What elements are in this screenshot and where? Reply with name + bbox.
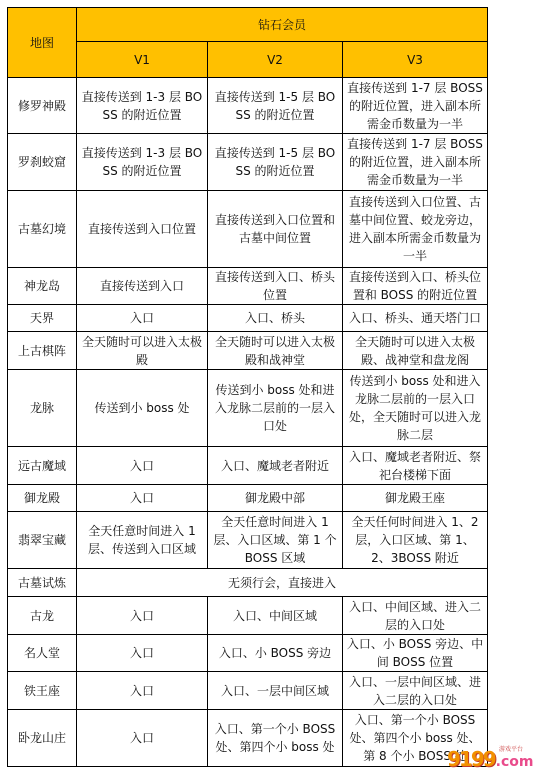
map-name: 上古棋阵 [8, 332, 77, 370]
cell-v3: 入口、小 BOSS 旁边、中间 BOSS 位置 [343, 635, 488, 672]
map-name: 罗刹蛟窟 [8, 134, 77, 191]
cell-v3: 直接传送到 1-7 层 BOSS 的附近位置，进入副本所需金币数量为一半 [343, 78, 488, 134]
cell-v3: 全天任何时间进入 1、2 层，入口区域、第 1、2、3BOSS 附近 [343, 512, 488, 569]
cell-v2: 入口、中间区域 [208, 597, 343, 635]
map-name: 御龙殿 [8, 485, 77, 512]
cell-v1: 全天随时可以进入太极殿 [77, 332, 208, 370]
table-row: 上古棋阵 全天随时可以进入太极殿 全天随时可以进入太极殿和战神堂 全天随时可以进… [8, 332, 488, 370]
header-map: 地图 [8, 8, 77, 78]
table-row: 翡翠宝藏 全天任意时间进入 1 层、传送到入口区域 全天任意时间进入 1 层、入… [8, 512, 488, 569]
cell-v2: 传送到小 boss 处和进入龙脉二层前的一层入口处 [208, 370, 343, 447]
table-row: 铁王座 入口 入口、一层中间区域 入口、一层中间区域、进入二层的入口处 [8, 672, 488, 710]
table-row: 御龙殿 入口 御龙殿中部 御龙殿王座 [8, 485, 488, 512]
table-row: 古墓试炼 无须行会，直接进入 [8, 569, 488, 597]
cell-v3: 直接传送到 1-7 层 BOSS 的附近位置，进入副本所需金币数量为一半 [343, 134, 488, 191]
map-name: 远古魔域 [8, 447, 77, 485]
cell-v1: 全天任意时间进入 1 层、传送到入口区域 [77, 512, 208, 569]
cell-v1: 入口 [77, 305, 208, 332]
table-row: 卧龙山庄 入口 入口、第一个小 BOSS 处、第四个小 boss 处 入口、第一… [8, 710, 488, 767]
cell-v2: 入口、魔域老者附近 [208, 447, 343, 485]
table-row: 天界 入口 入口、桥头 入口、桥头、通天塔门口 [8, 305, 488, 332]
table-row: 修罗神殿 直接传送到 1-3 层 BOSS 的附近位置 直接传送到 1-5 层 … [8, 78, 488, 134]
cell-v3: 传送到小 boss 处和进入龙脉二层前的一层入口处，全天随时可以进入龙脉二层 [343, 370, 488, 447]
table-row: 龙脉 传送到小 boss 处 传送到小 boss 处和进入龙脉二层前的一层入口处… [8, 370, 488, 447]
table-row: 神龙岛 直接传送到入口 直接传送到入口、桥头位置 直接传送到入口、桥头位置和 B… [8, 268, 488, 305]
cell-v1: 入口 [77, 447, 208, 485]
cell-merged: 无须行会，直接进入 [77, 569, 488, 597]
cell-v3: 入口、魔域老者附近、祭祀台楼梯下面 [343, 447, 488, 485]
cell-v1: 直接传送到 1-3 层 BOSS 的附近位置 [77, 78, 208, 134]
map-name: 卧龙山庄 [8, 710, 77, 767]
table-row: 罗刹蛟窟 直接传送到 1-3 层 BOSS 的附近位置 直接传送到 1-5 层 … [8, 134, 488, 191]
map-name: 铁王座 [8, 672, 77, 710]
cell-v3: 全天随时可以进入太极殿、战神堂和盘龙阁 [343, 332, 488, 370]
cell-v2: 御龙殿中部 [208, 485, 343, 512]
table-row: 古龙 入口 入口、中间区域 入口、中间区域、进入二层的入口处 [8, 597, 488, 635]
header-v1: V1 [77, 42, 208, 78]
header-v2: V2 [208, 42, 343, 78]
map-name: 修罗神殿 [8, 78, 77, 134]
cell-v3: 直接传送到入口位置、古墓中间位置、蛟龙旁边，进入副本所需金币数量为一半 [343, 191, 488, 268]
cell-v3: 入口、桥头、通天塔门口 [343, 305, 488, 332]
table-row: 古墓幻境 直接传送到入口位置 直接传送到入口位置和古墓中间位置 直接传送到入口位… [8, 191, 488, 268]
vip-teleport-table: 地图 钻石会员 V1 V2 V3 修罗神殿 直接传送到 1-3 层 BOSS 的… [7, 7, 488, 767]
cell-v3: 直接传送到入口、桥头位置和 BOSS 的附近位置 [343, 268, 488, 305]
cell-v2: 入口、桥头 [208, 305, 343, 332]
cell-v2: 入口、第一个小 BOSS 处、第四个小 boss 处 [208, 710, 343, 767]
cell-v2: 直接传送到 1-5 层 BOSS 的附近位置 [208, 78, 343, 134]
watermark-logo-number: 9199 [447, 748, 495, 770]
cell-v1: 入口 [77, 485, 208, 512]
cell-v2: 直接传送到入口、桥头位置 [208, 268, 343, 305]
table-row: 远古魔域 入口 入口、魔域老者附近 入口、魔域老者附近、祭祀台楼梯下面 [8, 447, 488, 485]
cell-v1: 入口 [77, 635, 208, 672]
cell-v1: 入口 [77, 710, 208, 767]
cell-v2: 直接传送到 1-5 层 BOSS 的附近位置 [208, 134, 343, 191]
map-name: 名人堂 [8, 635, 77, 672]
cell-v1: 直接传送到入口 [77, 268, 208, 305]
map-name: 龙脉 [8, 370, 77, 447]
cell-v2: 入口、小 BOSS 旁边 [208, 635, 343, 672]
watermark-logo-suffix: .com [496, 754, 534, 770]
cell-v1: 直接传送到入口位置 [77, 191, 208, 268]
map-name: 古龙 [8, 597, 77, 635]
map-name: 天界 [8, 305, 77, 332]
map-name: 古墓幻境 [8, 191, 77, 268]
watermark-tagline: 游戏平台 [499, 744, 523, 753]
cell-v3: 御龙殿王座 [343, 485, 488, 512]
cell-v1: 入口 [77, 597, 208, 635]
cell-v2: 全天随时可以进入太极殿和战神堂 [208, 332, 343, 370]
cell-v2: 入口、一层中间区域 [208, 672, 343, 710]
cell-v2: 直接传送到入口位置和古墓中间位置 [208, 191, 343, 268]
map-name: 神龙岛 [8, 268, 77, 305]
map-name: 翡翠宝藏 [8, 512, 77, 569]
cell-v1: 入口 [77, 672, 208, 710]
cell-v1: 传送到小 boss 处 [77, 370, 208, 447]
header-v3: V3 [343, 42, 488, 78]
site-watermark: 9199 .com 游戏平台 [447, 744, 537, 770]
header-diamond-member: 钻石会员 [77, 8, 488, 42]
cell-v1: 直接传送到 1-3 层 BOSS 的附近位置 [77, 134, 208, 191]
cell-v3: 入口、中间区域、进入二层的入口处 [343, 597, 488, 635]
cell-v2: 全天任意时间进入 1 层、入口区域、第 1 个 BOSS 区域 [208, 512, 343, 569]
table-row: 名人堂 入口 入口、小 BOSS 旁边 入口、小 BOSS 旁边、中间 BOSS… [8, 635, 488, 672]
cell-v3: 入口、一层中间区域、进入二层的入口处 [343, 672, 488, 710]
map-name: 古墓试炼 [8, 569, 77, 597]
